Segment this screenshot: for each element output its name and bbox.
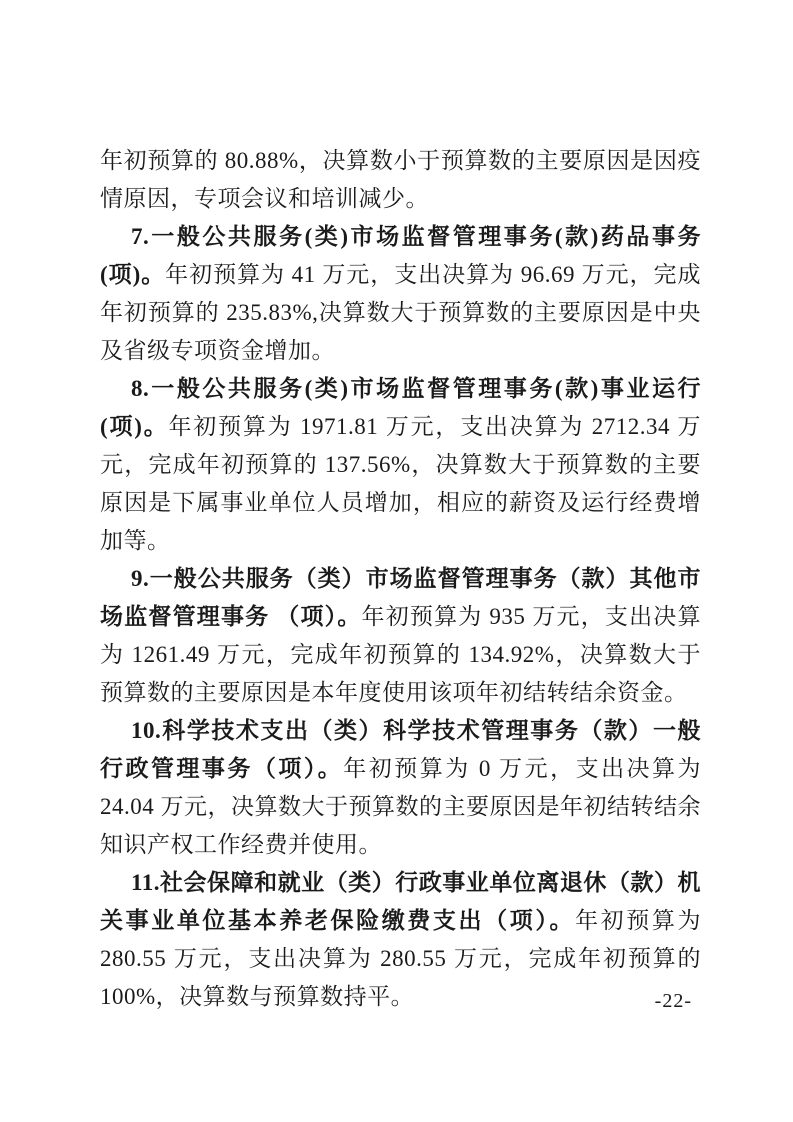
paragraph: 10.科学技术支出（类）科学技术管理事务（款）一般行政管理事务（项）。年初预算为… [100, 712, 701, 864]
document-body: 年初预算的 80.88%，决算数小于预算数的主要原因是因疫情原因，专项会议和培训… [100, 142, 701, 1016]
paragraph-text: 年初预算为 41 万元，支出决算为 96.69 万元，完成年初预算的 235.8… [100, 262, 701, 363]
page-number: -22- [655, 990, 692, 1013]
paragraph-text: 年初预算的 80.88%，决算数小于预算数的主要原因是因疫情原因，专项会议和培训… [100, 148, 701, 211]
paragraph: 8.一般公共服务(类)市场监督管理事务(款)事业运行(项)。年初预算为 1971… [100, 370, 701, 560]
paragraph-text: 年初预算为 1971.81 万元，支出决算为 2712.34 万元，完成年初预算… [100, 414, 701, 553]
paragraph: 9.一般公共服务（类）市场监督管理事务（款）其他市场监督管理事务 （项）。年初预… [100, 560, 701, 712]
paragraph: 7.一般公共服务(类)市场监督管理事务(款)药品事务(项)。年初预算为 41 万… [100, 218, 701, 370]
document-page: 年初预算的 80.88%，决算数小于预算数的主要原因是因疫情原因，专项会议和培训… [0, 0, 793, 1122]
paragraph: 年初预算的 80.88%，决算数小于预算数的主要原因是因疫情原因，专项会议和培训… [100, 142, 701, 218]
paragraph: 11.社会保障和就业（类）行政事业单位离退休（款）机关事业单位基本养老保险缴费支… [100, 864, 701, 1016]
